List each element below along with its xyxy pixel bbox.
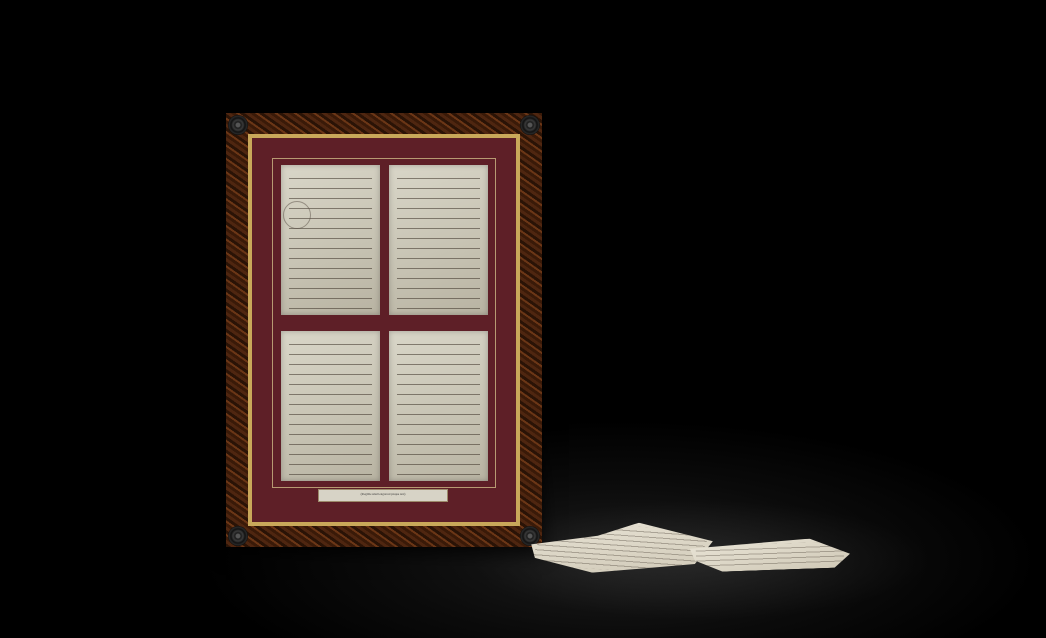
manuscript-page-top-left bbox=[281, 165, 380, 315]
manuscript-page-bottom-right bbox=[389, 331, 488, 481]
manuscript-page-bottom-left bbox=[281, 331, 380, 481]
corner-rosette-top-left bbox=[228, 115, 248, 135]
corner-rosette-top-right bbox=[520, 115, 540, 135]
seal-stamp-icon bbox=[283, 201, 311, 229]
corner-rosette-bottom-left bbox=[228, 526, 248, 546]
corner-rosette-bottom-right bbox=[520, 526, 540, 546]
engraved-plaque: (illegible small engraved plaque text) bbox=[318, 489, 448, 502]
manuscript-page-top-right bbox=[389, 165, 488, 315]
